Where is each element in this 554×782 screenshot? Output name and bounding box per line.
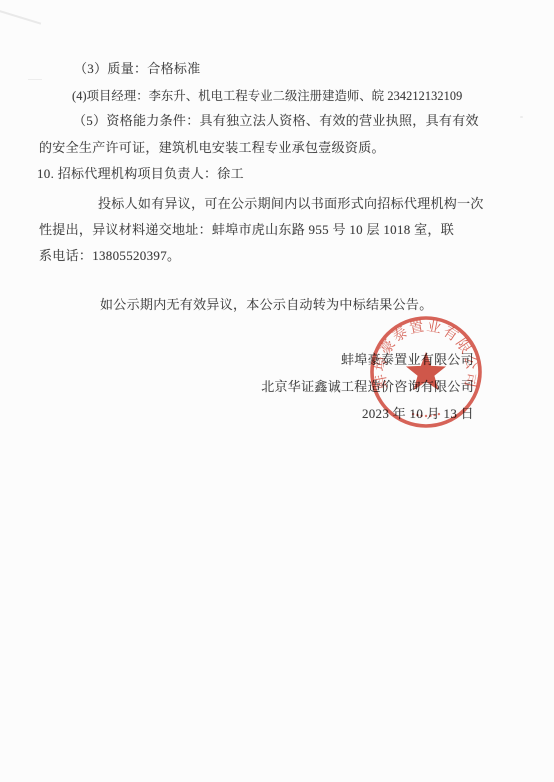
signature-block: 蚌埠豪泰置业有限公司 北京华证鑫诚工程造价咨询有限公司 2023 年 10 月 … [261, 347, 474, 427]
doc-line-objection-3: 系电话：13805520397。 [39, 247, 180, 264]
doc-line-project-manager: (4)项目经理：李东升、机电工程专业二级注册建造师、皖 234212132109 [72, 88, 462, 105]
doc-line-agency-contact: 10. 招标代理机构项目负责人：徐工 [37, 165, 244, 182]
document-page: （3）质量：合格标准 (4)项目经理：李东升、机电工程专业二级注册建造师、皖 2… [0, 0, 554, 782]
doc-line-objection-1: 投标人如有异议，可在公示期间内以书面形式向招标代理机构一次 [98, 195, 484, 212]
doc-line-objection-2: 性提出，异议材料递交地址：蚌埠市虎山东路 955 号 10 层 1018 室，联 [39, 221, 454, 238]
scan-artifact [520, 116, 523, 118]
signature-company-1: 蚌埠豪泰置业有限公司 [261, 347, 474, 374]
scan-artifact [0, 9, 41, 24]
signature-date: 2023 年 10 月 13 日 [261, 401, 474, 428]
doc-line-quality: （3）质量：合格标准 [74, 60, 201, 77]
signature-company-2: 北京华证鑫诚工程造价咨询有限公司 [261, 374, 474, 401]
doc-line-qualification-1: （5）资格能力条件：具有独立法人资格、有效的营业执照，具有有效 [73, 112, 479, 129]
doc-line-notice: 如公示期内无有效异议，本公示自动转为中标结果公告。 [100, 296, 433, 313]
doc-line-qualification-2: 的安全生产许可证，建筑机电安装工程专业承包壹级资质。 [39, 139, 385, 156]
scan-artifact [28, 79, 42, 80]
